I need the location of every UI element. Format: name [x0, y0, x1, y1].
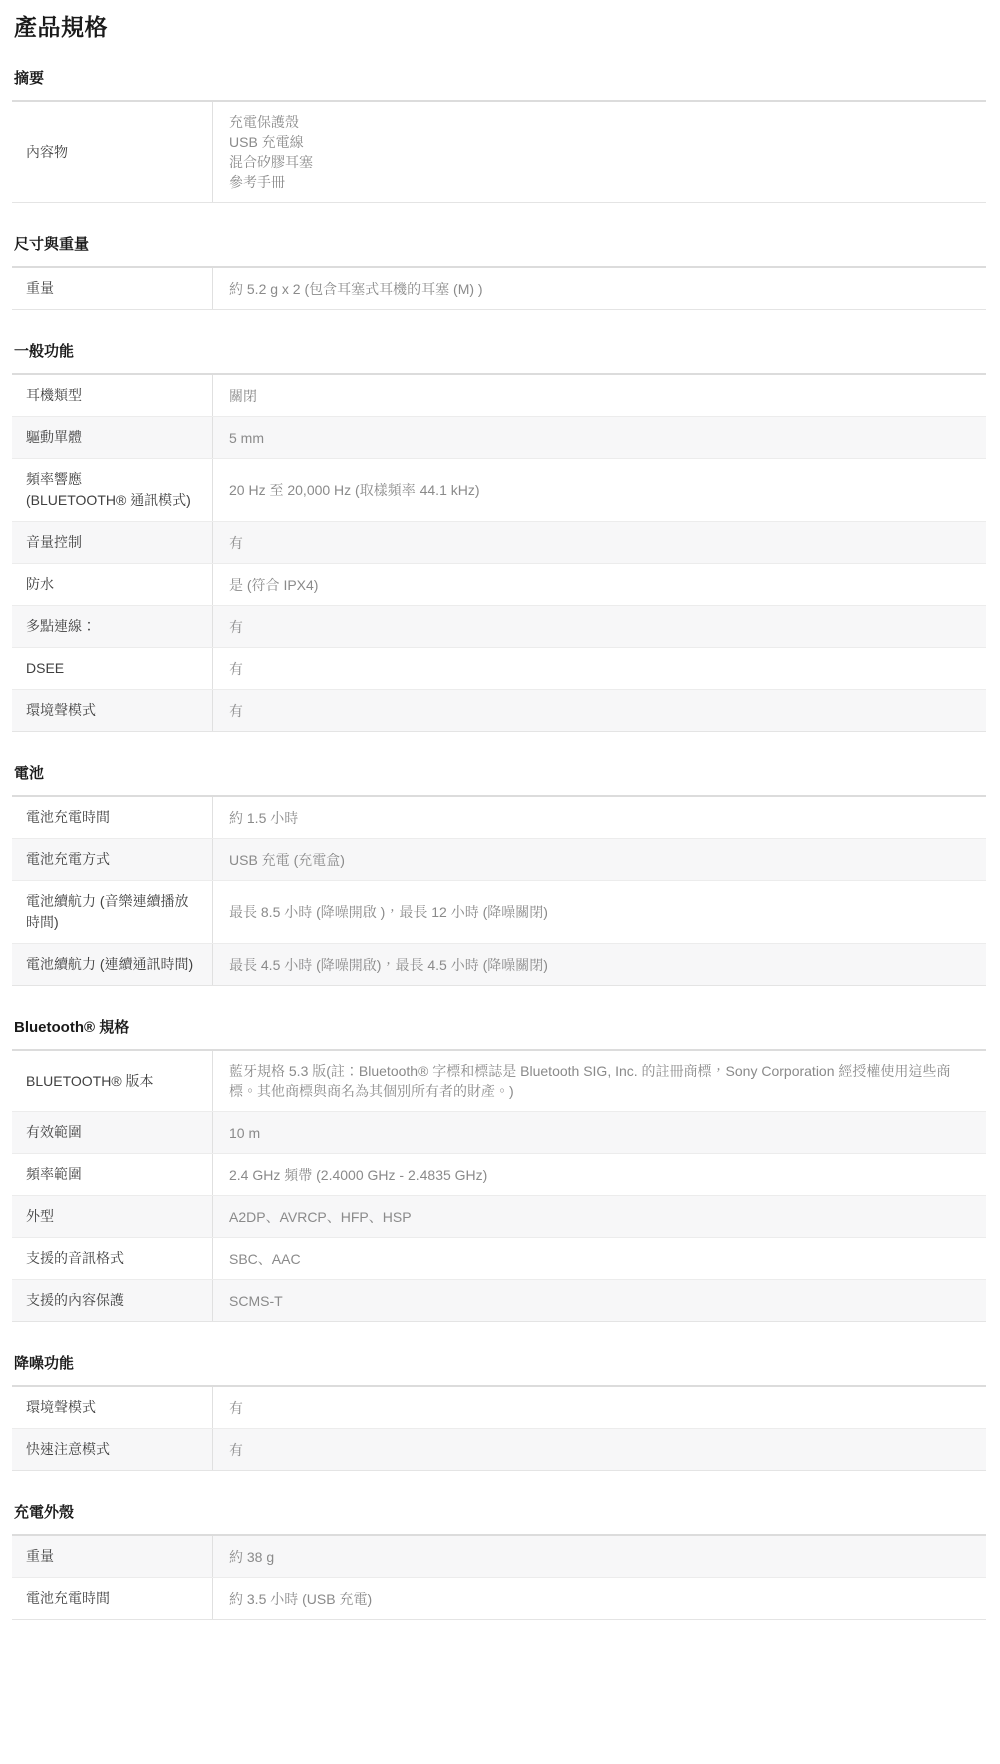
spec-value: 關閉	[212, 375, 986, 416]
spec-value: 5 mm	[212, 417, 986, 458]
spec-label: 驅動單體	[12, 417, 212, 458]
spec-row: 電池充電時間 約 1.5 小時	[12, 797, 986, 839]
sections-container: 摘要 內容物 充電保護殼 USB 充電線 混合矽膠耳塞 參考手冊 尺寸與重量 重…	[12, 70, 986, 1620]
spec-table: 電池充電時間 約 1.5 小時 電池充電方式 USB 充電 (充電盒) 電池續航…	[12, 795, 986, 986]
spec-row: 重量 約 38 g	[12, 1536, 986, 1578]
spec-label: BLUETOOTH® 版本	[12, 1051, 212, 1111]
spec-row: 電池續航力 (音樂連續播放時間) 最長 8.5 小時 (降噪開啟 )，最長 12…	[12, 881, 986, 944]
spec-label: 電池充電方式	[12, 839, 212, 880]
spec-row: 快速注意模式 有	[12, 1429, 986, 1470]
spec-label: 耳機類型	[12, 375, 212, 416]
spec-row: 外型 A2DP、AVRCP、HFP、HSP	[12, 1196, 986, 1238]
spec-value: 有	[212, 1429, 986, 1470]
spec-label: 快速注意模式	[12, 1429, 212, 1470]
spec-table: 耳機類型 關閉 驅動單體 5 mm 頻率響應 (BLUETOOTH® 通訊模式)…	[12, 373, 986, 732]
spec-label: 環境聲模式	[12, 690, 212, 731]
section-heading: 電池	[14, 765, 986, 783]
spec-row: 有效範圍 10 m	[12, 1112, 986, 1154]
spec-value: 是 (符合 IPX4)	[212, 564, 986, 605]
spec-value: 藍牙規格 5.3 版(註：Bluetooth® 字標和標誌是 Bluetooth…	[212, 1051, 986, 1111]
spec-value: 約 5.2 g x 2 (包含耳塞式耳機的耳塞 (M) )	[212, 268, 986, 309]
spec-value: 最長 8.5 小時 (降噪開啟 )，最長 12 小時 (降噪關閉)	[212, 881, 986, 943]
section-heading: 摘要	[14, 70, 986, 88]
spec-row: 電池充電方式 USB 充電 (充電盒)	[12, 839, 986, 881]
spec-label: 支援的內容保護	[12, 1280, 212, 1321]
spec-section: Bluetooth® 規格 BLUETOOTH® 版本 藍牙規格 5.3 版(註…	[12, 1019, 986, 1322]
spec-value: 有	[212, 648, 986, 689]
spec-label: 內容物	[12, 102, 212, 202]
spec-label: 電池充電時間	[12, 797, 212, 838]
spec-section: 電池 電池充電時間 約 1.5 小時 電池充電方式 USB 充電 (充電盒) 電…	[12, 765, 986, 986]
spec-table: 重量 約 5.2 g x 2 (包含耳塞式耳機的耳塞 (M) )	[12, 266, 986, 310]
spec-section: 一般功能 耳機類型 關閉 驅動單體 5 mm 頻率響應 (BLUETOOTH® …	[12, 343, 986, 732]
section-heading: 降噪功能	[14, 1355, 986, 1373]
spec-label: 頻率響應 (BLUETOOTH® 通訊模式)	[12, 459, 212, 521]
section-heading: Bluetooth® 規格	[14, 1019, 986, 1037]
spec-value: 充電保護殼 USB 充電線 混合矽膠耳塞 參考手冊	[212, 102, 986, 202]
spec-value: 有	[212, 690, 986, 731]
section-heading: 充電外殼	[14, 1504, 986, 1522]
spec-table: 環境聲模式 有 快速注意模式 有	[12, 1385, 986, 1471]
spec-value: SBC、AAC	[212, 1238, 986, 1279]
spec-row: 支援的音訊格式 SBC、AAC	[12, 1238, 986, 1280]
spec-row: 音量控制 有	[12, 522, 986, 564]
spec-value: 20 Hz 至 20,000 Hz (取樣頻率 44.1 kHz)	[212, 459, 986, 521]
spec-value: 最長 4.5 小時 (降噪開啟)，最長 4.5 小時 (降噪關閉)	[212, 944, 986, 985]
spec-table: 內容物 充電保護殼 USB 充電線 混合矽膠耳塞 參考手冊	[12, 100, 986, 203]
spec-label: 外型	[12, 1196, 212, 1237]
spec-label: DSEE	[12, 648, 212, 689]
spec-row: 電池充電時間 約 3.5 小時 (USB 充電)	[12, 1578, 986, 1619]
spec-label: 電池續航力 (音樂連續播放時間)	[12, 881, 212, 943]
spec-value: 約 38 g	[212, 1536, 986, 1577]
spec-row: 頻率範圍 2.4 GHz 頻帶 (2.4000 GHz - 2.4835 GHz…	[12, 1154, 986, 1196]
spec-label: 重量	[12, 268, 212, 309]
spec-table: 重量 約 38 g 電池充電時間 約 3.5 小時 (USB 充電)	[12, 1534, 986, 1620]
spec-value: 有	[212, 1387, 986, 1428]
spec-row: 支援的內容保護 SCMS-T	[12, 1280, 986, 1321]
spec-value: A2DP、AVRCP、HFP、HSP	[212, 1196, 986, 1237]
spec-row: 驅動單體 5 mm	[12, 417, 986, 459]
section-heading: 尺寸與重量	[14, 236, 986, 254]
spec-value: 2.4 GHz 頻帶 (2.4000 GHz - 2.4835 GHz)	[212, 1154, 986, 1195]
spec-row: BLUETOOTH® 版本 藍牙規格 5.3 版(註：Bluetooth® 字標…	[12, 1051, 986, 1112]
spec-section: 尺寸與重量 重量 約 5.2 g x 2 (包含耳塞式耳機的耳塞 (M) )	[12, 236, 986, 310]
spec-table: BLUETOOTH® 版本 藍牙規格 5.3 版(註：Bluetooth® 字標…	[12, 1049, 986, 1322]
spec-row: 耳機類型 關閉	[12, 375, 986, 417]
spec-value: 約 3.5 小時 (USB 充電)	[212, 1578, 986, 1619]
spec-row: 多點連線： 有	[12, 606, 986, 648]
spec-section: 摘要 內容物 充電保護殼 USB 充電線 混合矽膠耳塞 參考手冊	[12, 70, 986, 203]
spec-page: 產品規格 摘要 內容物 充電保護殼 USB 充電線 混合矽膠耳塞 參考手冊 尺寸…	[0, 0, 1000, 1660]
spec-row: 環境聲模式 有	[12, 1387, 986, 1429]
spec-row: 防水 是 (符合 IPX4)	[12, 564, 986, 606]
spec-label: 多點連線：	[12, 606, 212, 647]
spec-label: 支援的音訊格式	[12, 1238, 212, 1279]
page-title: 產品規格	[14, 12, 986, 42]
spec-value: 有	[212, 606, 986, 647]
spec-row: 頻率響應 (BLUETOOTH® 通訊模式) 20 Hz 至 20,000 Hz…	[12, 459, 986, 522]
section-heading: 一般功能	[14, 343, 986, 361]
spec-label: 電池續航力 (連續通訊時間)	[12, 944, 212, 985]
spec-row: 重量 約 5.2 g x 2 (包含耳塞式耳機的耳塞 (M) )	[12, 268, 986, 309]
spec-row: 電池續航力 (連續通訊時間) 最長 4.5 小時 (降噪開啟)，最長 4.5 小…	[12, 944, 986, 985]
spec-value: USB 充電 (充電盒)	[212, 839, 986, 880]
spec-row: 內容物 充電保護殼 USB 充電線 混合矽膠耳塞 參考手冊	[12, 102, 986, 202]
spec-value: 約 1.5 小時	[212, 797, 986, 838]
spec-value: 10 m	[212, 1112, 986, 1153]
spec-label: 環境聲模式	[12, 1387, 212, 1428]
spec-label: 頻率範圍	[12, 1154, 212, 1195]
spec-row: DSEE 有	[12, 648, 986, 690]
spec-label: 電池充電時間	[12, 1578, 212, 1619]
spec-label: 音量控制	[12, 522, 212, 563]
spec-section: 降噪功能 環境聲模式 有 快速注意模式 有	[12, 1355, 986, 1471]
spec-value: 有	[212, 522, 986, 563]
spec-label: 有效範圍	[12, 1112, 212, 1153]
spec-label: 重量	[12, 1536, 212, 1577]
spec-value: SCMS-T	[212, 1280, 986, 1321]
spec-row: 環境聲模式 有	[12, 690, 986, 731]
spec-label: 防水	[12, 564, 212, 605]
spec-section: 充電外殼 重量 約 38 g 電池充電時間 約 3.5 小時 (USB 充電)	[12, 1504, 986, 1620]
